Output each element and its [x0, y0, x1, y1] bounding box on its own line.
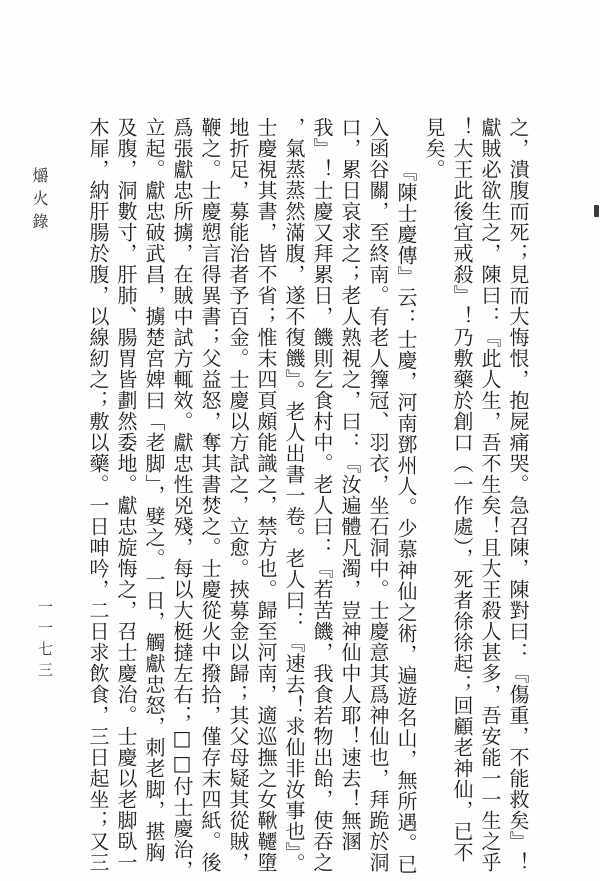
- scan-ink-artifact: [594, 205, 599, 217]
- text-column-5-paragraph-start: 『陳士慶傳』云：士慶，河南鄧州人。少慕神仙之術，遍遊名山，無所遇。已: [392, 117, 420, 881]
- text-column-13: 爲張獻忠所擄，在賊中試方輒效。獻忠性兇殘，每以大梃撻左右；□□付士慶治，: [168, 117, 196, 881]
- text-column-4: 見矣。: [420, 117, 448, 881]
- text-column-9: ，氣蒸蒸然滿腹，遂不復饑』。老人出書一卷。老人曰：『速去！求仙非汝事也』。: [280, 117, 308, 881]
- text-column-15: 及腹，洞數寸，肝肺、腸胃皆劃然委地。獻忠旋悔之，召士慶治。士慶以老脚臥一: [112, 117, 140, 881]
- text-column-1: 之，潰腹而死；見而大悔恨，抱屍痛哭。急召陳，陳對曰：『傷重，不能救矣』！: [504, 117, 532, 881]
- text-column-6: 入函谷關，至終南。有老人籜冠、羽衣，坐石洞中。士慶意其爲神仙也，拜跪於洞: [364, 117, 392, 881]
- text-column-10: 士慶視其書，皆不省；惟末四頁頗能識之，禁方也。歸至河南，適巡撫之女鞦韆墮: [252, 117, 280, 881]
- text-column-16: 木屝，納肝腸於腹，以線紉之；敷以藥。一日呻吟，二日求飲食，三日起坐；又三: [84, 117, 112, 881]
- text-column-8: 我』！士慶又拜累日，饑則乞食村中。老人曰：『若苦饑，我食若物出飴，使吞之: [308, 117, 336, 881]
- book-title-margin: 爝火錄: [28, 167, 51, 236]
- text-block: 之，潰腹而死；見而大悔恨，抱屍痛哭。急召陳，陳對曰：『傷重，不能救矣』！ 獻賊必…: [78, 117, 532, 881]
- text-column-2: 獻賊必欲生之，陳曰：『此人生，吾不生矣！且大王殺人甚多，吾安能一一生之乎: [476, 117, 504, 881]
- text-column-11: 地折足，募能治者予百金。士慶以方試之，立愈。挾募金以歸；其父母疑其從賊，: [224, 117, 252, 881]
- text-column-14: 立起。獻忠破武昌，擄楚宮婢曰「老脚」，嬖之。一日，觸獻忠怒，刺老脚，揕胸: [140, 117, 168, 881]
- text-column-3: ！大王此後宜戒殺』！乃敷藥於創口（一作處），死者徐徐起；回顧老神仙，已不: [448, 117, 476, 881]
- page-number: 一一七三: [35, 599, 56, 683]
- text-column-7: 口，累日哀求之；老人熟視之，曰：『汝遍體凡濁，豈神仙中人耶！速去！無溷: [336, 117, 364, 881]
- text-column-12: 鞭之。士慶愬言得異書；父益怒，奪其書焚之。士慶從火中撥拾，僅存末四紙。後: [196, 117, 224, 881]
- scanned-book-page: 爝火錄 一一七三 之，潰腹而死；見而大悔恨，抱屍痛哭。急召陳，陳對曰：『傷重，不…: [0, 0, 600, 881]
